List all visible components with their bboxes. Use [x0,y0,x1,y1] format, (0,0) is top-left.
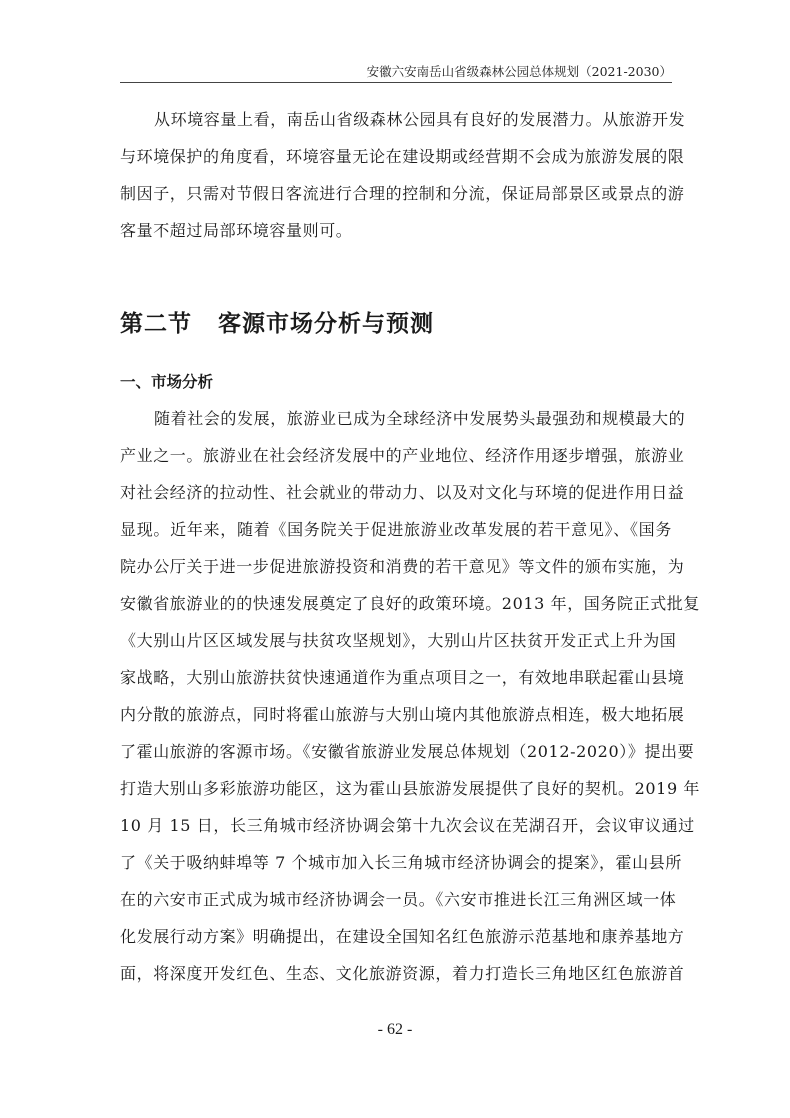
text-line: 客量不超过局部环境容量则可。 [120,212,672,249]
section-title-text: 客源市场分析与预测 [218,311,434,337]
text-line: 从环境容量上看，南岳山省级森林公园具有良好的发展潜力。从旅游开发 [120,101,672,138]
document-page: 安徽六安南岳山省级森林公园总体规划（2021-2030） 从环境容量上看，南岳山… [0,0,790,1118]
text-line: 与环境保护的角度看，环境容量无论在建设期或经营期不会成为旅游发展的限 [120,138,672,175]
text-line: 院办公厅关于进一步促进旅游投资和消费的若干意见》等文件的颁布实施，为 [120,548,672,585]
text-line: 产业之一。旅游业在社会经济发展中的产业地位、经济作用逐步增强，旅游业 [120,437,672,474]
text-line: 显现。近年来，随着《国务院关于促进旅游业改革发展的若干意见》、《国务 [120,511,672,548]
text-line: 了《关于吸纳蚌埠等 7 个城市加入长三角城市经济协调会的提案》，霍山县所 [120,844,672,881]
text-line: 打造大别山多彩旅游功能区，这为霍山县旅游发展提供了良好的契机。2019 年 [120,770,672,807]
text-line: 家战略，大别山旅游扶贫快速通道作为重点项目之一，有效地串联起霍山县境 [120,659,672,696]
paragraph-environment-capacity: 从环境容量上看，南岳山省级森林公园具有良好的发展潜力。从旅游开发 与环境保护的角… [120,101,672,249]
section-number: 第二节 [120,311,192,337]
header-rule [120,82,672,83]
page-number: - 62 - [0,1021,790,1039]
running-header: 安徽六安南岳山省级森林公园总体规划（2021-2030） [120,64,672,80]
text-line: 化发展行动方案》明确提出，在建设全国知名红色旅游示范基地和康养基地方 [120,918,672,955]
text-line: 随着社会的发展，旅游业已成为全球经济中发展势头最强劲和规模最大的 [120,400,672,437]
text-line: 面，将深度开发红色、生态、文化旅游资源，着力打造长三角地区红色旅游首 [120,955,672,992]
text-line: 安徽省旅游业的的快速发展奠定了良好的政策环境。2013 年，国务院正式批复 [120,585,672,622]
text-line: 了霍山旅游的客源市场。《安徽省旅游业发展总体规划（2012-2020）》提出要 [120,733,672,770]
text-line: 制因子，只需对节假日客流进行合理的控制和分流，保证局部景区或景点的游 [120,175,672,212]
text-line: 内分散的旅游点，同时将霍山旅游与大别山境内其他旅游点相连，极大地拓展 [120,696,672,733]
text-line: 《大别山片区区域发展与扶贫攻坚规划》，大别山片区扶贫开发正式上升为国 [120,622,672,659]
paragraph-market-analysis: 随着社会的发展，旅游业已成为全球经济中发展势头最强劲和规模最大的 产业之一。旅游… [120,400,672,992]
text-line: 在的六安市正式成为城市经济协调会一员。《六安市推进长江三角洲区域一体 [120,881,672,918]
section-heading: 第二节客源市场分析与预测 [120,309,434,339]
subsection-heading: 一、市场分析 [120,372,213,392]
text-line: 10 月 15 日，长三角城市经济协调会第十九次会议在芜湖召开，会议审议通过 [120,807,672,844]
text-line: 对社会经济的拉动性、社会就业的带动力、以及对文化与环境的促进作用日益 [120,474,672,511]
